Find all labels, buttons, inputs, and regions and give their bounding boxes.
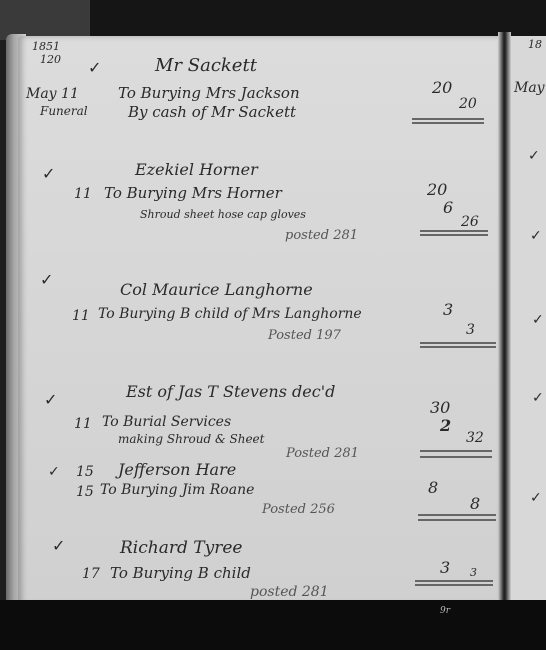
total-amount: 3 — [466, 322, 475, 338]
posted-reference: Posted 197 — [268, 328, 341, 343]
background-bottom — [0, 600, 546, 650]
entry-line: To Burying Mrs Horner — [104, 184, 282, 202]
debit-amount: 2 — [440, 416, 451, 435]
posted-reference: Posted 256 — [262, 502, 335, 517]
right-check-icon: ✓ — [530, 490, 542, 506]
total-rule — [420, 342, 496, 344]
check-mark-icon: ✓ — [44, 390, 57, 409]
posted-reference: posted 281 — [285, 228, 358, 243]
debit-amount: 20 — [427, 180, 447, 199]
debit-amount: 3 — [443, 300, 453, 319]
total-amount: 8 — [470, 494, 480, 513]
account-name: Jefferson Hare — [118, 460, 236, 479]
total-rule — [415, 584, 493, 586]
entry-line: To Burying Jim Roane — [100, 482, 254, 498]
posted-reference: posted 281 — [250, 584, 329, 600]
debit-amount: 30 — [430, 398, 450, 417]
total-amount: 3 — [470, 566, 477, 579]
ledger-page-number: 120 — [40, 53, 61, 66]
account-name: Mr Sackett — [155, 55, 257, 76]
total-rule — [420, 234, 488, 236]
entry-date-prefix: 15 — [76, 464, 94, 480]
book-gutter — [498, 32, 511, 614]
entry-date: 15 — [76, 484, 94, 500]
total-rule — [420, 346, 496, 348]
entry-date: 17 — [82, 566, 100, 582]
entry-date: 11 — [74, 186, 92, 202]
check-mark-icon: ✓ — [88, 58, 101, 77]
posted-reference: Posted 281 — [286, 446, 359, 461]
total-rule — [420, 230, 488, 232]
entry-line: Shroud sheet hose cap gloves — [140, 208, 306, 221]
check-mark-icon: ✓ — [52, 536, 65, 555]
entry-date: 11 — [74, 416, 92, 432]
credit-amount: 20 — [459, 96, 477, 112]
total-rule — [418, 514, 496, 516]
account-name: Est of Jas T Stevens dec'd — [126, 382, 335, 401]
right-page-year: 18 — [528, 38, 542, 51]
check-mark-icon: ✓ — [48, 464, 60, 480]
entry-line: To Burying B child of Mrs Langhorne — [98, 306, 362, 322]
total-rule — [415, 580, 493, 582]
entry-line: To Burying B child — [110, 564, 251, 582]
entry-line: To Burial Services — [102, 414, 231, 430]
account-name: Richard Tyree — [120, 538, 242, 558]
entry-date: May 11 — [26, 86, 79, 102]
right-check-icon: ✓ — [528, 148, 540, 164]
total-rule — [412, 122, 484, 124]
total-rule — [412, 118, 484, 120]
total-amount: 32 — [466, 430, 484, 446]
debit-amount: 20 — [432, 78, 452, 97]
account-name: Col Maurice Langhorne — [120, 280, 313, 299]
check-mark-icon: ✓ — [42, 164, 55, 183]
debit-amount: 3 — [440, 558, 450, 577]
entry-line: To Burying Mrs Jackson — [118, 84, 300, 102]
debit-amount: 8 — [428, 478, 438, 497]
check-mark-icon: ✓ — [40, 270, 53, 289]
right-check-icon: ✓ — [530, 228, 542, 244]
total-rule — [420, 450, 492, 452]
total-rule — [420, 456, 492, 458]
entry-line: By cash of Mr Sackett — [128, 103, 296, 121]
account-name: Ezekiel Horner — [135, 160, 258, 179]
right-page-month: May — [514, 80, 545, 96]
total-amount: 26 — [461, 214, 479, 230]
ledger-year: 1851 — [32, 40, 60, 53]
total-rule — [418, 519, 496, 521]
right-check-icon: ✓ — [532, 390, 544, 406]
footer-note: 9r — [440, 606, 450, 616]
debit-amount: 6 — [443, 198, 453, 217]
entry-date-note: Funeral — [40, 104, 88, 118]
right-check-icon: ✓ — [532, 312, 544, 328]
entry-line: making Shroud & Sheet — [118, 432, 264, 446]
background-top — [90, 0, 546, 36]
entry-date: 11 — [72, 308, 90, 324]
